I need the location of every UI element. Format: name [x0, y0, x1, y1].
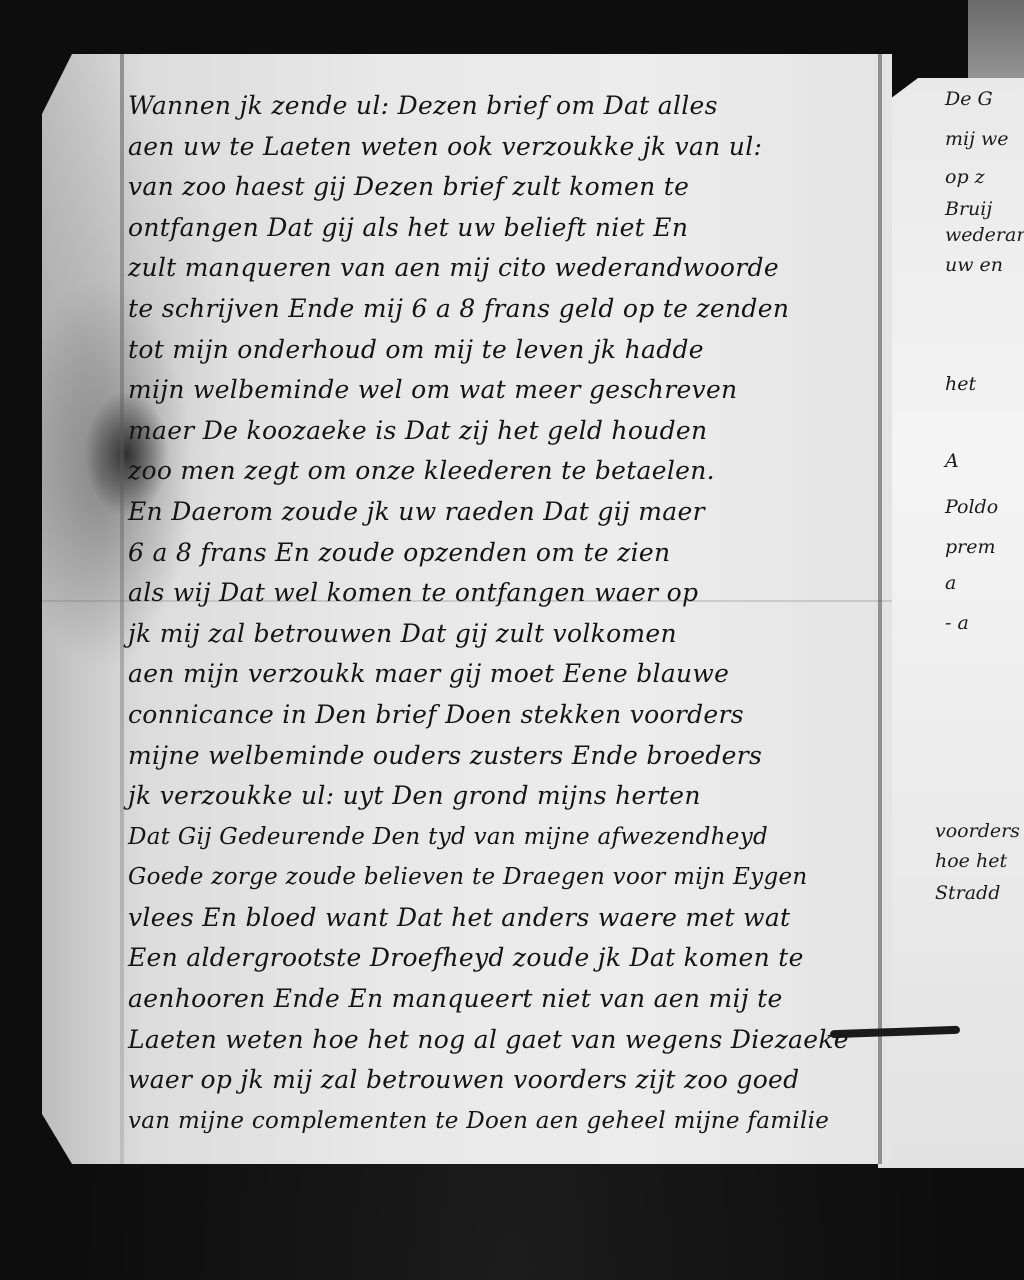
letter-line: connicance in Den brief Doen stekken voo… — [128, 695, 888, 736]
letter-line: zult manqueren van aen mij cito wederand… — [128, 248, 888, 289]
right-page-fragment: prem — [945, 536, 996, 558]
right-page-fragment: voorders — [935, 820, 1020, 842]
letter-line: Laeten weten hoe het nog al gaet van weg… — [128, 1020, 888, 1061]
letter-line: als wij Dat wel komen te ontfangen waer … — [128, 573, 888, 614]
letter-line: mijne welbeminde ouders zusters Ende bro… — [128, 736, 888, 777]
right-page-fragment: Bruij — [945, 198, 992, 220]
letter-line: ontfangen Dat gij als het uw belieft nie… — [128, 208, 888, 249]
letter-line: 6 a 8 frans En zoude opzenden om te zien — [128, 533, 888, 574]
letter-line: zoo men zegt om onze kleederen te betael… — [128, 451, 888, 492]
right-page-fragment: Stradd — [935, 882, 1000, 904]
letter-line: aen uw te Laeten weten ook verzoukke jk … — [128, 127, 888, 168]
letter-line: jk verzoukke ul: uyt Den grond mijns her… — [128, 776, 888, 817]
letter-line: Wannen jk zende ul: Dezen brief om Dat a… — [128, 86, 888, 127]
letter-line: van mijne complementen te Doen aen gehee… — [128, 1101, 888, 1142]
letter-line: maer De koozaeke is Dat zij het geld hou… — [128, 411, 888, 452]
letter-line: waer op jk mij zal betrouwen voorders zi… — [128, 1060, 888, 1101]
letter-line: te schrijven Ende mij 6 a 8 frans geld o… — [128, 289, 888, 330]
right-page-fragment: uw en — [945, 254, 1003, 276]
right-page-fragment: Poldo — [945, 496, 998, 518]
letter-line: mijn welbeminde wel om wat meer geschrev… — [128, 370, 888, 411]
right-page-fragment: De G — [945, 88, 993, 110]
right-page-fragment: - a — [945, 612, 969, 634]
letter-line: En Daerom zoude jk uw raeden Dat gij mae… — [128, 492, 888, 533]
right-page-fragment: mij we — [945, 128, 1009, 150]
right-page-fragment: wederan — [945, 224, 1024, 246]
letter-line: Dat Gij Gedeurende Den tyd van mijne afw… — [128, 817, 888, 858]
right-page-fragment: A — [945, 450, 959, 472]
right-page-fragment: a — [945, 572, 956, 594]
letter-line: aen mijn verzoukk maer gij moet Eene bla… — [128, 654, 888, 695]
letter-line: jk mij zal betrouwen Dat gij zult volkom… — [128, 614, 888, 655]
vertical-fold-crease — [120, 54, 124, 1164]
right-page-fragment: het — [945, 373, 976, 395]
letter-line: aenhooren Ende En manqueert niet van aen… — [128, 979, 888, 1020]
letter-line: van zoo haest gij Dezen brief zult komen… — [128, 167, 888, 208]
right-page-fragment: hoe het — [935, 850, 1007, 872]
letter-line: tot mijn onderhoud om mij te leven jk ha… — [128, 330, 888, 371]
right-page-fragment: op z — [945, 166, 985, 188]
letter-line: Goede zorge zoude believen te Draegen vo… — [128, 857, 888, 898]
right-page-top-strip — [968, 0, 1024, 90]
letter-line: vlees En bloed want Dat het anders waere… — [128, 898, 888, 939]
letter-body: Wannen jk zende ul: Dezen brief om Dat a… — [128, 86, 888, 1141]
letter-line: Een aldergrootste Droefheyd zoude jk Dat… — [128, 938, 888, 979]
